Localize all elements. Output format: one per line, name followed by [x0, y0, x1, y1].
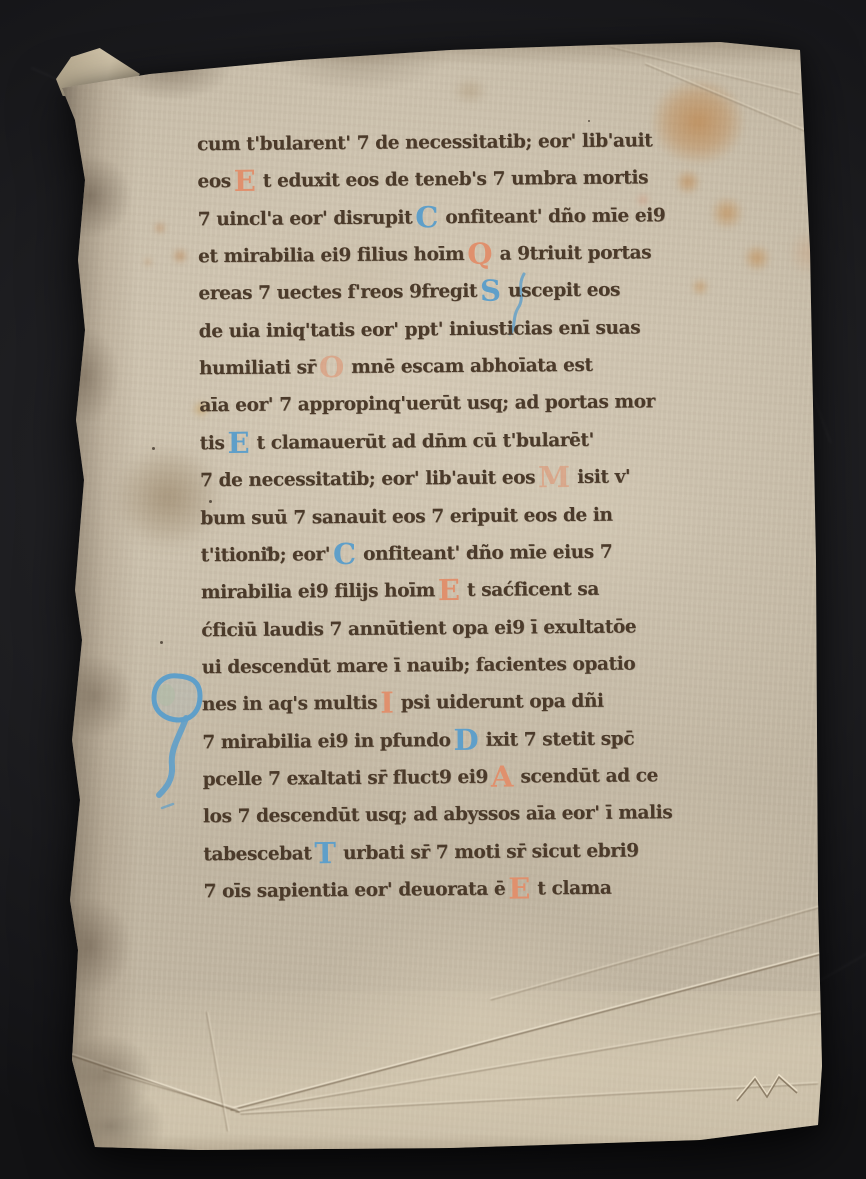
stain — [144, 258, 152, 266]
lighter-lower-parchment — [50, 991, 830, 1156]
line-text-before: cum t'bularent' 7 de necessitatib; eor' … — [197, 130, 652, 155]
manuscript-line: pcelle 7 exaltati sr̄ fluct9 ei9Ascendūt… — [203, 765, 659, 806]
fold-crease — [490, 903, 829, 1001]
line-text-after: t clamauerūt ad dn̄m cū t'bularēt' — [257, 430, 594, 454]
line-text-before: nes in aq's multis — [202, 693, 377, 716]
line-text-before: 7 de necessitatib; eor' lib'auit eos — [200, 467, 535, 491]
manuscript-line: los 7 descendūt usq; ad abyssos aīa eor'… — [203, 802, 673, 843]
leaf-wrap: cum t'bularent' 7 de necessitatib; eor' … — [0, 0, 866, 1179]
fold-crease — [230, 952, 821, 1111]
speck — [152, 447, 155, 450]
line-text-after: ixit 7 stetit spc̄ — [486, 728, 635, 750]
line-text-before: 7 oīs sapientia eor' deuorata ē — [204, 879, 506, 903]
line-text-after: mnē escam abhoīata est — [351, 355, 593, 378]
stain — [710, 196, 744, 230]
fold-crease — [206, 1011, 230, 1132]
speck — [160, 641, 163, 644]
fold-crease — [644, 62, 812, 135]
line-text-before: t'itionib; eor' — [201, 544, 331, 566]
line-text-before: aīa eor' 7 appropinq'uerūt usq; ad porta… — [199, 392, 655, 417]
fold-crease — [610, 45, 801, 95]
fold-crease — [240, 1082, 818, 1115]
line-text-before: tis — [200, 433, 225, 454]
stain — [172, 248, 188, 264]
line-text-before: mirabilia ei9 filijs hoīm — [201, 580, 435, 603]
manuscript-line: cum t'bularent' 7 de necessitatib; eor' … — [197, 130, 653, 171]
line-text-after: isit v' — [577, 467, 630, 488]
manuscript-line: 7 de necessitatib; eor' lib'auit eosMisi… — [200, 467, 631, 508]
manuscript-line: aīa eor' 7 appropinq'uerūt usq; ad porta… — [199, 392, 655, 433]
manuscript-line: ui descendūt mare ī nauib; facientes opa… — [202, 653, 636, 694]
line-text-after: ui descendūt mare ī nauib; facientes opa… — [202, 653, 636, 678]
stain — [675, 169, 701, 195]
manuscript-line: ćficiū laudis 7 annūtient opa ei9 ī exul… — [201, 616, 636, 657]
stain — [691, 278, 709, 296]
manuscript-line: humiliati sr̄Omnē escam abhoīata est — [199, 355, 593, 395]
manuscript-line: 7 oīs sapientia eor' deuorata ēEt clama — [204, 878, 612, 919]
line-text-before: de uia iniq'tatis eor' ppt' iniusticias … — [199, 317, 641, 342]
line-text-after: onfiteant' dño mīe eius 7 — [363, 542, 612, 565]
ink-stain-large — [650, 78, 746, 166]
manuscript-line: 7 uincl'a eor' disrupitConfiteant' dño m… — [198, 205, 666, 246]
manuscript-leaf: cum t'bularent' 7 de necessitatib; eor' … — [50, 36, 830, 1156]
manuscript-line: tabescebatTurbati sr̄ 7 moti sr̄ sicut e… — [203, 840, 639, 881]
line-text-before: humiliati sr̄ — [199, 357, 316, 379]
line-text-after: urbati sr̄ 7 moti sr̄ sicut ebri9 — [343, 840, 639, 864]
photo-backdrop: cum t'bularent' 7 de necessitatib; eor' … — [0, 0, 866, 1179]
manuscript-line: t'itionib; eor'Confiteant' dño mīe eius … — [201, 542, 613, 583]
line-text-before: 7 uincl'a eor' disrupit — [198, 207, 413, 230]
line-text-before: 7 mirabilia ei9 in pfundo — [202, 730, 450, 753]
line-text-after: psi uiderunt opa dñi — [401, 691, 604, 714]
manuscript-line: 7 mirabilia ei9 in pfundoDixit 7 stetit … — [202, 728, 634, 769]
soiled-bottom-edge — [50, 1134, 830, 1156]
stain — [452, 77, 488, 105]
manuscript-line: de uia iniq'tatis eor' ppt' iniusticias … — [199, 317, 641, 358]
soiled-top-edge — [50, 36, 830, 66]
stain — [743, 244, 771, 272]
line-text-before: ereas 7 uectes f'reos 9fregit — [198, 281, 477, 304]
fold-crease — [62, 1050, 241, 1113]
line-text-before: bum suū 7 sanauit eos 7 eripuit eos de i… — [200, 504, 612, 529]
line-text-after: onfiteant' dño mīe ei9 — [445, 205, 665, 228]
line-text-after: t clama — [537, 878, 611, 900]
line-text-before: tabescebat — [203, 843, 311, 865]
stain — [788, 230, 828, 276]
sewing-hole — [57, 652, 60, 656]
margin-initial-q — [146, 668, 210, 818]
line-text-before: eos — [197, 171, 231, 192]
stain — [154, 222, 166, 234]
speck — [588, 120, 590, 122]
manuscript-line: nes in aq's multisIpsi uiderunt opa dñi — [202, 691, 604, 732]
line-text-after: t saćficent sa — [467, 579, 599, 601]
fold-crease — [235, 1010, 825, 1113]
line-text-before: pcelle 7 exaltati sr̄ fluct9 ei9 — [203, 767, 489, 790]
fold-crease — [103, 1068, 239, 1111]
soiled-left-edge — [50, 36, 138, 1156]
sewing-hole — [63, 438, 66, 442]
manuscript-line: mirabilia ei9 filijs hoīmEt saćficent sa — [201, 579, 599, 619]
line-text-after: a 9triuit portas — [499, 242, 651, 264]
text-block: cum t'bularent' 7 de necessitatib; eor' … — [197, 130, 717, 135]
manuscript-line: et mirabilia ei9 filius hoīmQa 9triuit p… — [198, 242, 651, 283]
manuscript-line: tisEt clamauerūt ad dn̄m cū t'bularēt' — [200, 430, 595, 470]
sewing-hole — [60, 520, 63, 523]
w-crease-mark — [735, 1068, 805, 1108]
line-text-before: et mirabilia ei9 filius hoīm — [198, 244, 464, 267]
line-text-after: t eduxit eos de teneb's 7 umbra mortis — [263, 168, 648, 192]
line-text-before: los 7 descendūt usq; ad abyssos aīa eor'… — [203, 802, 673, 827]
line-text-after: scendūt ad ce — [520, 765, 658, 787]
manuscript-line: ereas 7 uectes f'reos 9fregitSuscepit eo… — [198, 280, 620, 321]
line-text-after: uscepit eos — [508, 280, 620, 302]
manuscript-line: bum suū 7 sanauit eos 7 eripuit eos de i… — [200, 504, 613, 545]
line-text-before: ćficiū laudis 7 annūtient opa ei9 ī exul… — [201, 616, 636, 641]
